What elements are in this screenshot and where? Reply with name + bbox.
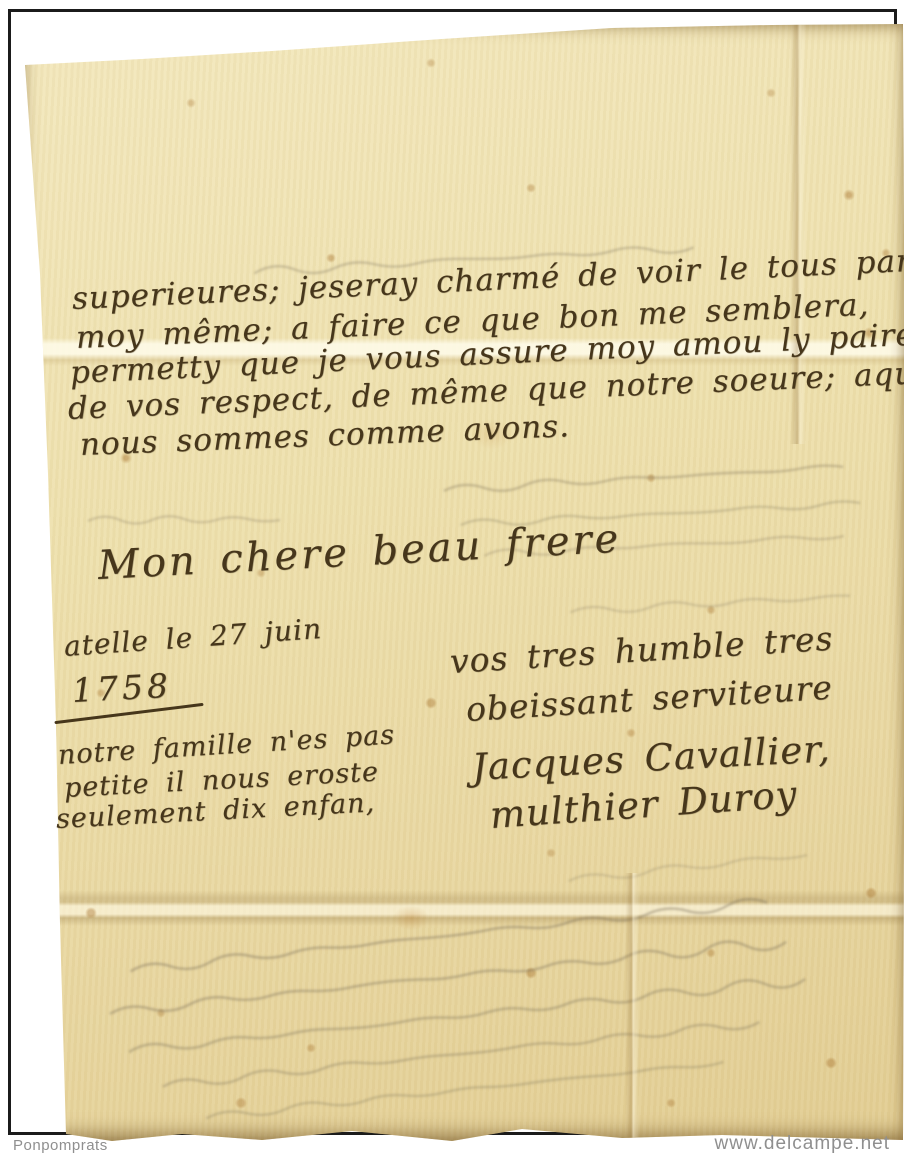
letter-date-year: 1758: [71, 666, 173, 710]
watermark-site-url: www.delcampe.net: [715, 1133, 890, 1155]
scanned-letter-photo: superieures; jeseray charmé de voir le t…: [0, 0, 904, 1155]
watermark-seller-name: Ponpomprats: [13, 1137, 108, 1154]
